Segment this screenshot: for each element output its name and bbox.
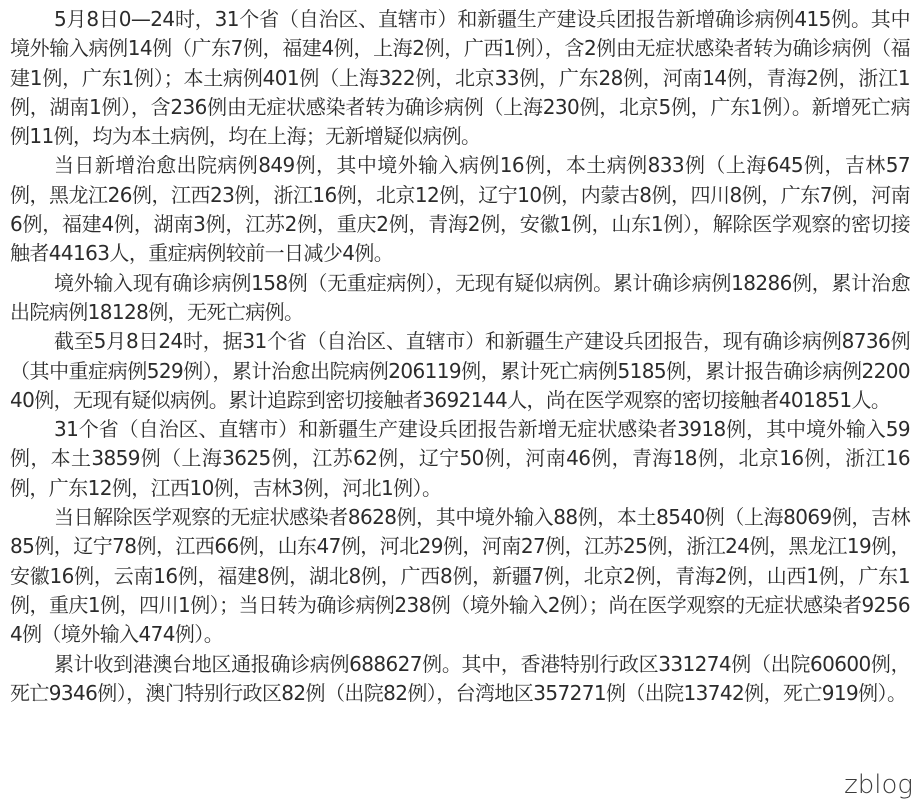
paragraph-imported-cases: 境外输入现有确诊病例158例（无重症病例），无现有疑似病例。累计确诊病例1828… bbox=[10, 269, 910, 328]
paragraph-cumulative-totals: 截至5月8日24时，据31个省（自治区、直辖市）和新疆生产建设兵团报告，现有确诊… bbox=[10, 327, 910, 415]
paragraph-recovered: 当日新增治愈出院病例849例，其中境外输入病例16例，本土病例833例（上海64… bbox=[10, 151, 910, 268]
paragraph-new-asymptomatic: 31个省（自治区、直辖市）和新疆生产建设兵团报告新增无症状感染者3918例，其中… bbox=[10, 415, 910, 503]
paragraph-asymptomatic-released: 当日解除医学观察的无症状感染者8628例，其中境外输入88例，本土8540例（上… bbox=[10, 503, 910, 649]
watermark: zblog bbox=[844, 770, 913, 800]
paragraph-new-confirmed: 5月8日0—24时，31个省（自治区、直辖市）和新疆生产建设兵团报告新增确诊病例… bbox=[10, 5, 910, 151]
paragraph-hk-macau-taiwan: 累计收到港澳台地区通报确诊病例688627例。其中，香港特别行政区331274例… bbox=[10, 650, 910, 709]
document-body: 5月8日0—24时，31个省（自治区、直辖市）和新疆生产建设兵团报告新增确诊病例… bbox=[10, 5, 910, 708]
